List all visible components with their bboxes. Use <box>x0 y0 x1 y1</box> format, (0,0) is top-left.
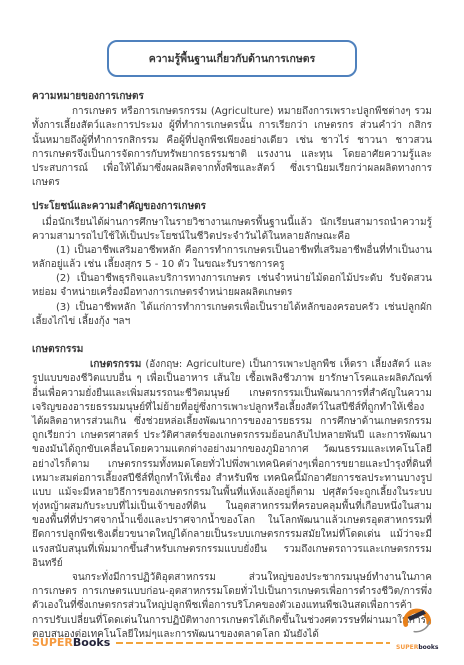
publisher-logo: SUPERbooks <box>396 603 438 653</box>
logo-wordmark-super: SUPER <box>396 644 418 651</box>
page-footer: SUPERBooks SUPERbooks <box>32 603 438 653</box>
section-meaning-heading: ความหมายของการเกษตร <box>32 90 432 104</box>
section-agriculture-heading: เกษตรกรรม <box>32 343 432 357</box>
paragraph-body-text: (อังกฤษ: Agriculture) เป็นการเพาะปลูกพืช… <box>32 359 432 569</box>
footer-brand-super: SUPER <box>32 636 73 649</box>
benefit-item-2: (2) เป็นอาชีพธุรกิจและบริการทางการเกษตร … <box>32 272 432 300</box>
document-page: ความรู้พื้นฐานเกี่ยวกับด้านการเกษตร ความ… <box>0 0 464 665</box>
document-content: ความหมายของการเกษตร การเกษตร หรือการเกษต… <box>32 90 432 642</box>
section-benefits: ประโยชน์และความสำคัญของการเกษตร เมื่อนัก… <box>32 200 432 329</box>
section-agriculture: เกษตรกรรม เกษตรกรรม (อังกฤษ: Agriculture… <box>32 343 432 642</box>
section-agriculture-paragraph-1: เกษตรกรรม (อังกฤษ: Agriculture) เป็นการเ… <box>32 358 432 571</box>
section-meaning: ความหมายของการเกษตร การเกษตร หรือการเกษต… <box>32 90 432 190</box>
section-benefits-heading: ประโยชน์และความสำคัญของการเกษตร <box>32 200 432 214</box>
footer-brand-books: Books <box>73 636 110 649</box>
benefit-item-3: (3) เป็นอาชีพหลัก ได้แก่การทำการเกษตรเพื… <box>32 301 432 329</box>
swoosh-logo-icon <box>400 603 434 633</box>
paragraph-lead-word: เกษตรกรรม <box>90 359 141 370</box>
benefit-item-1: (1) เป็นอาชีพเสริมอาชีพหลัก คือการทำการเ… <box>32 244 432 272</box>
footer-brand: SUPERBooks <box>32 637 110 653</box>
title-box: ความรู้พื้นฐานเกี่ยวกับด้านการเกษตร <box>107 40 357 77</box>
footer-dashed-divider <box>116 642 390 645</box>
section-benefits-intro: เมื่อนักเรียนได้ผ่านการศึกษาในรายวิชางาน… <box>32 216 432 244</box>
section-meaning-paragraph: การเกษตร หรือการเกษตรกรรม (Agriculture) … <box>32 105 432 190</box>
logo-wordmark-books: books <box>418 644 438 651</box>
logo-wordmark: SUPERbooks <box>396 644 438 651</box>
page-title: ความรู้พื้นฐานเกี่ยวกับด้านการเกษตร <box>149 53 315 65</box>
